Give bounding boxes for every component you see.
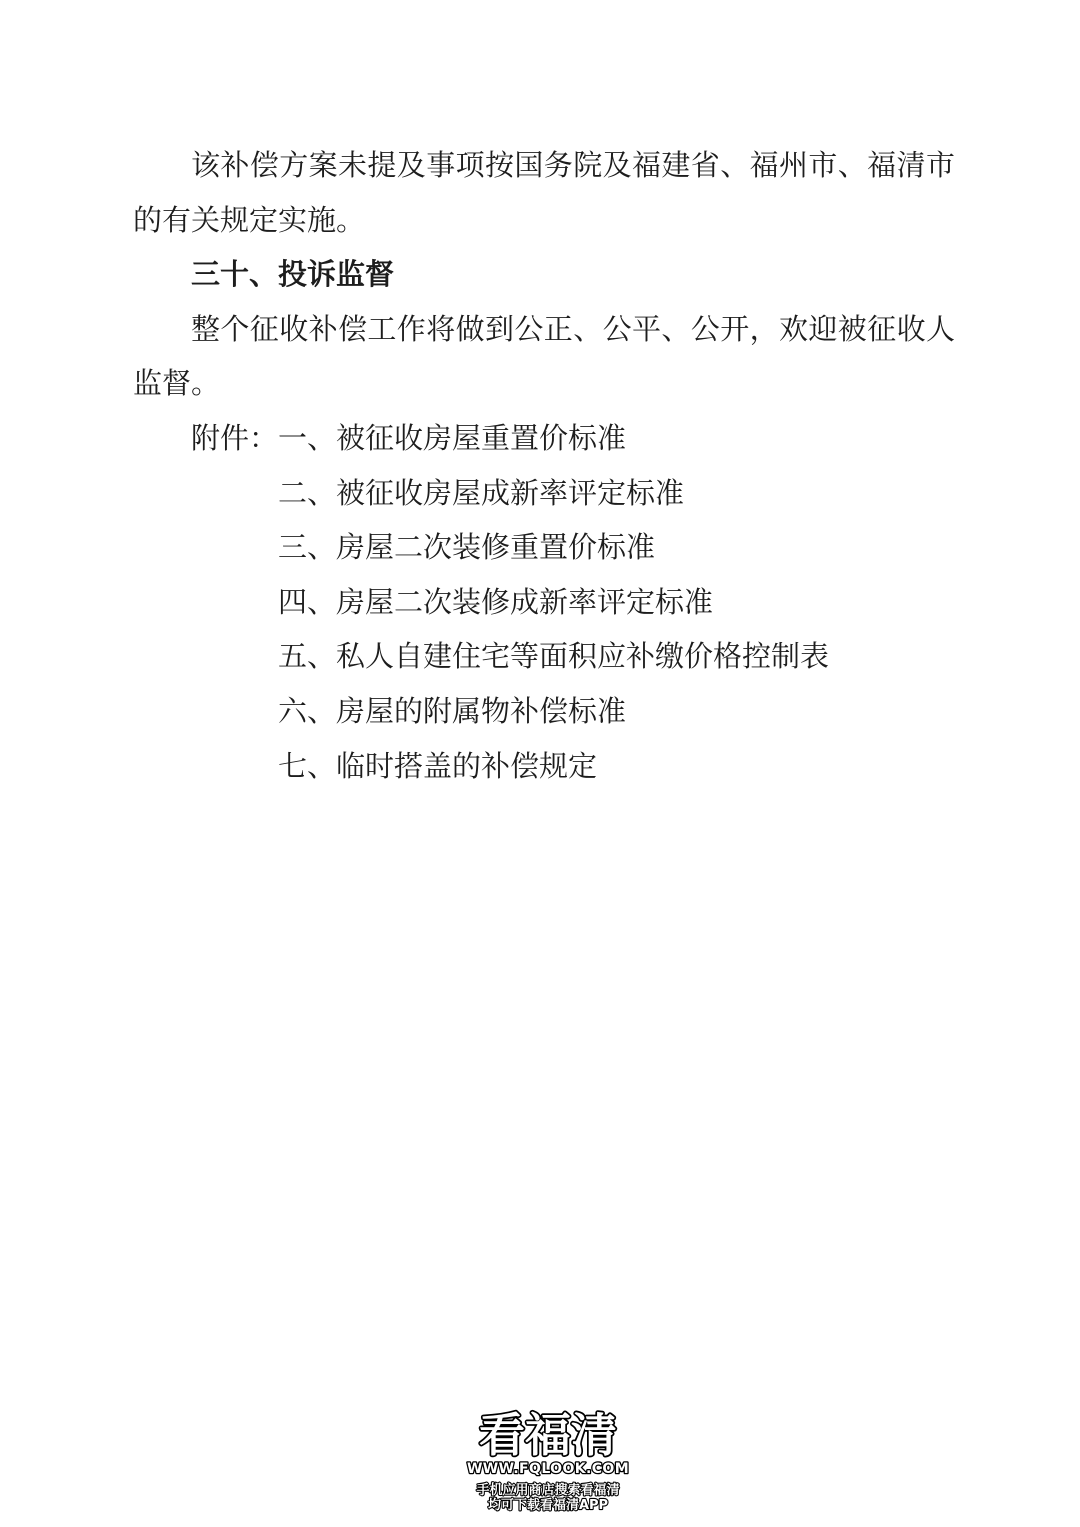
attachment-item: 二、被征收房屋成新率评定标准: [133, 467, 955, 522]
attachment-item: 七、临时搭盖的补偿规定: [133, 740, 955, 795]
attachment-line-1: 附件：一、被征收房屋重置价标准: [133, 412, 955, 467]
section-heading: 三十、投诉监督: [133, 248, 955, 303]
watermark: 看福清 WWW.FQLOOK.COM 手机应用商店搜索看福清 均可下载看福清AP…: [398, 1392, 698, 1524]
document-page: 该补偿方案未提及事项按国务院及福建省、福州市、福清市的有关规定实施。 三十、投诉…: [0, 0, 1080, 1527]
watermark-app-line-2: 均可下载看福清APP: [488, 1497, 608, 1513]
watermark-app-line-1: 手机应用商店搜索看福清: [476, 1482, 619, 1498]
attachment-item: 一、被征收房屋重置价标准: [278, 423, 626, 455]
document-body: 该补偿方案未提及事项按国务院及福建省、福州市、福清市的有关规定实施。 三十、投诉…: [133, 139, 955, 794]
attachment-item: 三、房屋二次装修重置价标准: [133, 521, 955, 576]
paragraph-supervision: 整个征收补偿工作将做到公正、公平、公开，欢迎被征收人监督。: [133, 303, 955, 412]
watermark-site-name: 看福清: [479, 1408, 617, 1462]
attachment-item: 四、房屋二次装修成新率评定标准: [133, 576, 955, 631]
paragraph-regulations: 该补偿方案未提及事项按国务院及福建省、福州市、福清市的有关规定实施。: [133, 139, 955, 248]
attachment-item: 六、房屋的附属物补偿标准: [133, 685, 955, 740]
watermark-site-url: WWW.FQLOOK.COM: [467, 1461, 629, 1477]
attachment-item: 五、私人自建住宅等面积应补缴价格控制表: [133, 630, 955, 685]
attachments-label: 附件：: [191, 423, 278, 455]
